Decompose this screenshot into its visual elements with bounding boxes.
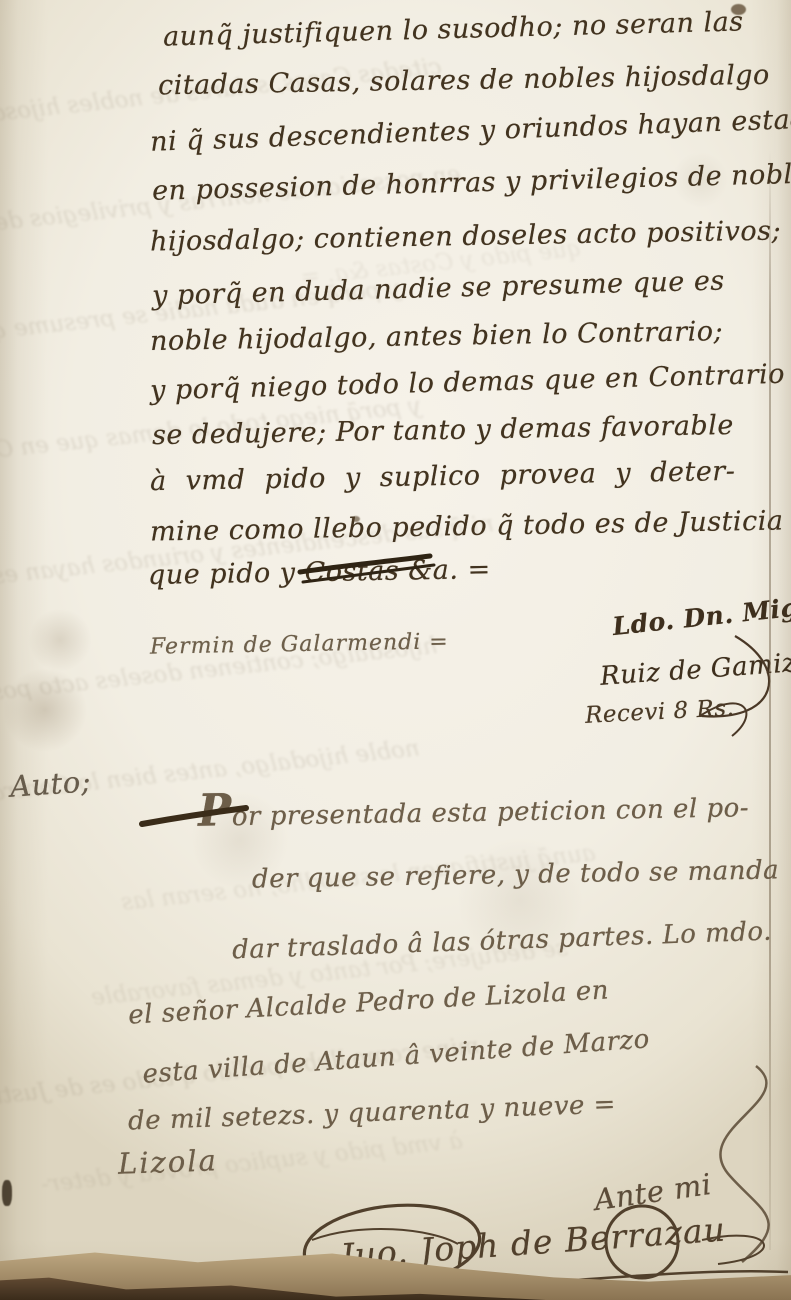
page-crease xyxy=(769,150,771,1250)
signature-letrado-receipt: Recevi 8 Rs. xyxy=(585,697,735,728)
manuscript-page: citadas Casas, solares de nobles hijosda… xyxy=(0,0,791,1300)
auto-line: esta villa de Ataun â veinte de Marzo xyxy=(142,1026,651,1087)
petition-line: y porq̃ en duda nadie se presume que es xyxy=(152,268,725,310)
bleedthrough-text: à vmd pido y suplico provea y deter- xyxy=(40,1128,464,1198)
auto-line: Por presentada esta peticion con el po- xyxy=(198,779,750,833)
signature-letrado-line2: Ruiz de Gamiz xyxy=(599,650,791,690)
signature-letrado-line1: Ldo. Dn. Miguel xyxy=(611,590,791,639)
ink-spot xyxy=(731,4,746,15)
auto-margin-label: Auto; xyxy=(9,767,92,802)
petition-line: mine como llebo pedido q̃ todo es de Jus… xyxy=(150,507,784,545)
petition-line: en possesion de honrras y privilegios de… xyxy=(152,160,791,205)
petition-line: aunq̃ justifiquen lo susodho; no seran l… xyxy=(163,8,744,50)
petition-line: ni q̃ sus descendientes y oriundos hayan… xyxy=(150,105,791,156)
ante-mi-label: Ante mi xyxy=(593,1170,714,1215)
ink-spot xyxy=(2,1180,12,1206)
signature-alcalde: Lizola xyxy=(118,1146,219,1178)
auto-line: de mil setezs. y quarenta y nueve = xyxy=(128,1091,617,1134)
petition-line: à vmd pido y suplico provea y deter- xyxy=(150,458,736,495)
ink-spot xyxy=(352,516,360,522)
petition-line: que pido y Costas &a. = xyxy=(148,556,491,589)
petition-line: y porq̃ niego todo lo demas que en Contr… xyxy=(150,361,786,405)
petition-line: hijosdalgo; contienen doseles acto posit… xyxy=(150,217,782,255)
signature-procurador: Fermin de Galarmendi = xyxy=(150,631,449,658)
auto-line: der que se refiere, y de todo se manda xyxy=(252,857,780,892)
petition-line: noble hijodalgo, antes bien lo Contrario… xyxy=(150,318,724,355)
petition-line: citadas Casas, solares de nobles hijosda… xyxy=(158,62,770,100)
